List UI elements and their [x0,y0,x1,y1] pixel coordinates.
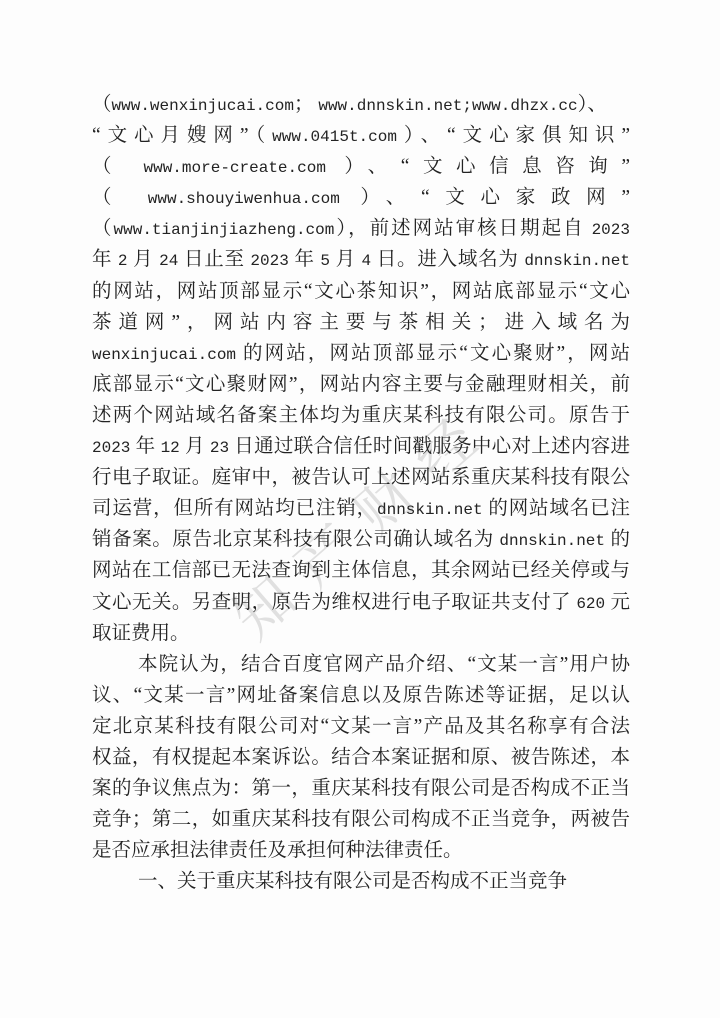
text-line: 权益，有权提起本案诉讼。结合本案证据和原、被告陈述，本 [92,742,630,773]
cjk-text-segment: ）、 [578,94,607,115]
document-page: 知产财经 （www.wenxinjucai.com； www.dnnskin.n… [0,0,720,1018]
cjk-text-segment: 定北京某科技有限公司对“文某一言”产品及其名称享有合法 [92,716,630,737]
cjk-text-segment: ）、“文心家俱知识” [397,125,630,146]
text-line: 竞争；第二，如重庆某科技有限公司构成不正当竞争，两被告 [92,804,630,835]
latin-text-segment: 620 [576,595,605,613]
cjk-text-segment: 司运营，但所有网站均已注销， [92,498,377,519]
latin-text-segment: 5 [320,252,330,270]
latin-text-segment: www.wenxinjucai.com [112,97,294,115]
text-line: 取证费用。 [92,618,630,649]
text-line: 网站在工信部已无法查询到主体信息，其余网站已经关停或与 [92,555,630,586]
cjk-text-segment: （ [92,187,148,208]
latin-text-segment: dnnskin.net [524,252,630,270]
text-line: 年 2 月 24 日止至 2023 年 5 月 4 日。进入域名为 dnnski… [92,244,630,275]
cjk-text-segment: 权益，有权提起本案诉讼。结合本案证据和原、被告陈述，本 [92,747,630,768]
text-line: wenxinjucai.com 的网站，网站顶部显示“文心聚财”，网站 [92,338,630,369]
text-line: （ www.more-create.com ）、“文心信息咨询” [92,151,630,182]
text-line: 本院认为，结合百度官网产品介绍、“文某一言”用户协 [92,649,630,680]
latin-text-segment: 2023 [250,252,288,270]
cjk-text-segment: 月 [180,436,210,457]
text-line: （www.wenxinjucai.com； www.dnnskin.net;ww… [92,89,630,120]
text-line: 述两个网站域名备案主体均为重庆某科技有限公司。原告于 [92,400,630,431]
cjk-text-segment: 竞争；第二，如重庆某科技有限公司构成不正当竞争，两被告 [92,809,630,830]
text-line: 一、关于重庆某科技有限公司是否构成不正当竞争 [92,866,630,897]
cjk-text-segment: 行电子取证。庭审中，被告认可上述网站系重庆某科技有限公 [92,467,630,488]
latin-text-segment: www.tianjinjiazheng.com [114,221,335,239]
cjk-text-segment: 年 [130,436,160,457]
text-line: 销备案。原告北京某科技有限公司确认域名为 dnnskin.net 的 [92,524,630,555]
text-line: 行电子取证。庭审中，被告认可上述网站系重庆某科技有限公 [92,462,630,493]
cjk-text-segment: 日止至 [178,249,250,270]
latin-text-segment: www.dnnskin.net;www.dhzx.cc [318,97,577,115]
cjk-text-segment: 议、“文某一言”网址备案信息以及原告陈述等证据，足以认 [92,685,630,706]
text-line: 议、“文某一言”网址备案信息以及原告陈述等证据，足以认 [92,680,630,711]
cjk-text-segment: ）、“文心信息咨询” [326,156,630,177]
cjk-text-segment: 年 [289,249,321,270]
text-line: 文心无关。另查明，原告为维权进行电子取证共支付了 620 元 [92,587,630,618]
latin-text-segment: 4 [362,252,372,270]
latin-text-segment: www.shouyiwenhua.com [148,190,340,208]
cjk-text-segment: 网站在工信部已无法查询到主体信息，其余网站已经关停或与 [92,560,630,581]
text-line: 底部显示“文心聚财网”，网站内容主要与金融理财相关，前 [92,369,630,400]
text-line: 茶道网”，网站内容主要与茶相关；进入域名为 [92,307,630,338]
latin-text-segment: wenxinjucai.com [92,346,236,364]
text-line: 的网站，网站顶部显示“文心茶知识”，网站底部显示“文心 [92,276,630,307]
text-line: 定北京某科技有限公司对“文某一言”产品及其名称享有合法 [92,711,630,742]
cjk-text-segment: 元 [605,592,630,613]
text-line: 是否应承担法律责任及承担何种法律责任。 [92,835,630,866]
latin-text-segment: 2023 [592,221,630,239]
text-line: 司运营，但所有网站均已注销，dnnskin.net 的网站域名已注 [92,493,630,524]
cjk-text-segment: 文心无关。另查明，原告为维权进行电子取证共支付了 [92,592,576,613]
cjk-text-segment: 日通过联合信任时间戳服务中心对上述内容进 [229,436,630,457]
latin-text-segment: 23 [210,439,229,457]
latin-text-segment: www.more-create.com [144,159,326,177]
latin-text-segment: 2023 [92,439,130,457]
cjk-text-segment: 底部显示“文心聚财网”，网站内容主要与金融理财相关，前 [92,374,630,395]
cjk-text-segment: 的网站，网站顶部显示“文心聚财”，网站 [236,343,630,364]
cjk-text-segment: 的网站域名已注 [483,498,630,519]
cjk-text-segment: 月 [330,249,362,270]
cjk-text-segment: 茶道网”，网站内容主要与茶相关；进入域名为 [92,312,630,333]
text-line: （ www.shouyiwenhua.com ）、“文心家政网” [92,182,630,213]
latin-text-segment: 12 [161,439,180,457]
text-line: 2023 年 12 月 23 日通过联合信任时间戳服务中心对上述内容进 [92,431,630,462]
document-body: （www.wenxinjucai.com； www.dnnskin.net;ww… [92,89,630,897]
cjk-text-segment: 本院认为，结合百度官网产品介绍、“文某一言”用户协 [138,654,630,675]
cjk-text-segment: 月 [128,249,160,270]
text-line: （www.tianjinjiazheng.com），前述网站审核日期起自 202… [92,213,630,244]
latin-text-segment: www.0415t.com [272,128,397,146]
cjk-text-segment: 是否应承担法律责任及承担何种法律责任。 [92,840,463,861]
cjk-text-segment: ），前述网站审核日期起自 [334,218,591,239]
cjk-text-segment: （ [92,218,114,239]
latin-text-segment: dnnskin.net [499,532,605,550]
cjk-text-segment: 述两个网站域名备案主体均为重庆某科技有限公司。原告于 [92,405,630,426]
cjk-text-segment: 年 [92,249,118,270]
cjk-text-segment: （ [92,94,112,115]
cjk-text-segment: 案的争议焦点为：第一，重庆某科技有限公司是否构成不正当 [92,778,630,799]
cjk-text-segment: 日。进入域名为 [371,249,524,270]
cjk-text-segment: 一、关于重庆某科技有限公司是否构成不正当竞争 [138,871,567,892]
cjk-text-segment: 销备案。原告北京某科技有限公司确认域名为 [92,529,499,550]
text-line: 案的争议焦点为：第一，重庆某科技有限公司是否构成不正当 [92,773,630,804]
cjk-text-segment: （ [92,156,144,177]
cjk-text-segment: “文心月嫂网”（ [92,125,272,146]
cjk-text-segment: 取证费用。 [92,623,190,644]
cjk-text-segment: ）、“文心家政网” [340,187,630,208]
cjk-text-segment: ； [294,94,318,115]
cjk-text-segment: 的网站，网站顶部显示“文心茶知识”，网站底部显示“文心 [92,281,630,302]
latin-text-segment: 24 [159,252,178,270]
text-line: “文心月嫂网”（www.0415t.com）、“文心家俱知识” [92,120,630,151]
latin-text-segment: 2 [118,252,128,270]
latin-text-segment: dnnskin.net [377,501,483,519]
cjk-text-segment: 的 [605,529,630,550]
